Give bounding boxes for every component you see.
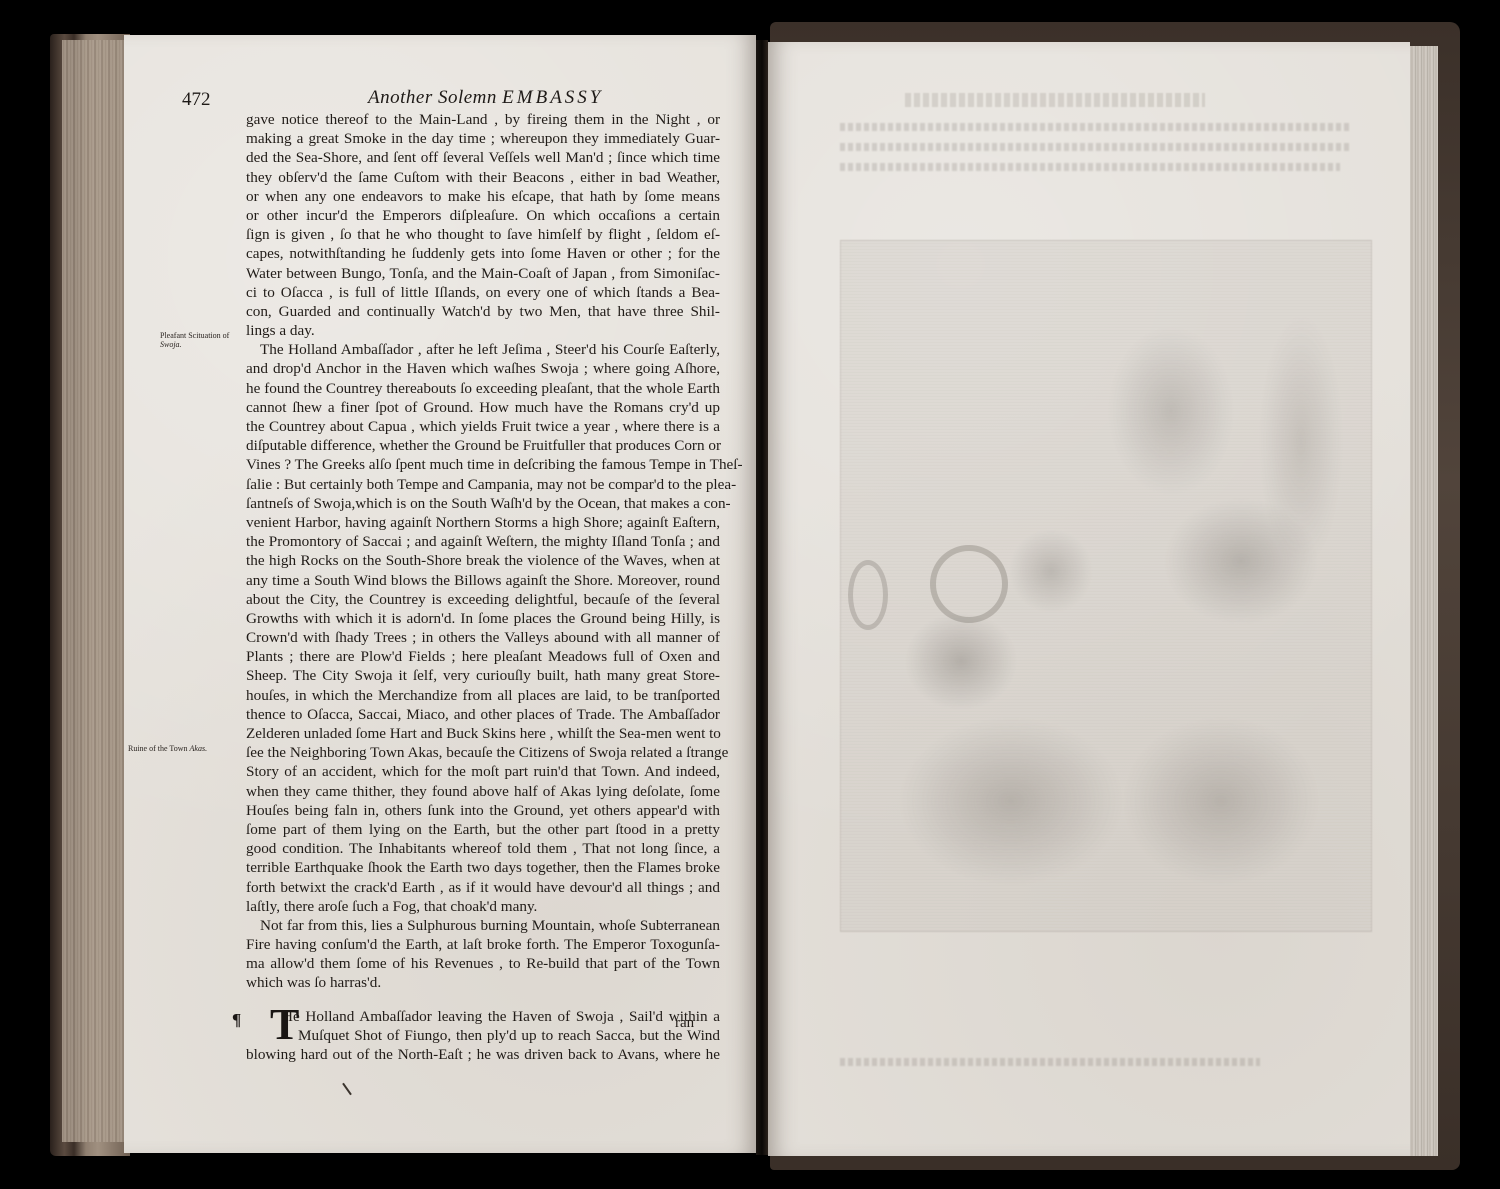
text-line: Story of an accident, which for the moſt… xyxy=(246,762,720,781)
body-text: gave notice thereof to the Main-Land , b… xyxy=(246,110,720,1065)
ghost-running-head xyxy=(905,93,1205,107)
text-line: ma allow'd them ſome of his Revenues , t… xyxy=(246,954,720,973)
text-line: houſes, in which the Merchandize from al… xyxy=(246,686,720,705)
ghost-text-line xyxy=(840,163,1340,171)
page-edges-left xyxy=(62,40,130,1142)
ghost-text-line xyxy=(840,1058,1260,1066)
text-line: about the City, the Countrey is exceedin… xyxy=(246,590,720,609)
text-line: ſalie : But certainly both Tempe and Cam… xyxy=(246,475,720,494)
margin-note-swoja: Pleafant Scituation of Swoja. xyxy=(160,331,229,349)
text-line: cannot ſhew a finer ſpot of Ground. How … xyxy=(246,398,720,417)
text-line: ci to Oſacca , is full of little Iſlands… xyxy=(246,283,720,302)
text-line: Crown'd with ſhady Trees ; in others the… xyxy=(246,628,720,647)
text-line: diſputable difference, whether the Groun… xyxy=(246,436,720,455)
page-number: 472 xyxy=(182,89,211,111)
running-head-title: Another Solemn EMBASSY xyxy=(368,87,603,109)
text-line: the Promontory of Saccai ; and againſt W… xyxy=(246,532,720,551)
text-line: or other incur'd the Emperors diſpleaſur… xyxy=(246,206,720,225)
text-line: Zelderen unladed ſome Hart and Buck Skin… xyxy=(246,724,720,743)
text-line: laſtly, there aroſe ſuch a Fog, that cho… xyxy=(246,897,720,916)
text-line: He Holland Ambaſſador leaving the Haven … xyxy=(282,1007,720,1026)
text-line: Fire having conſum'd the Earth, at laſt … xyxy=(246,935,720,954)
text-line: Growths with which it is adorn'd. In ſom… xyxy=(246,609,720,628)
text-line: making a great Smoke in the day time ; w… xyxy=(246,129,720,148)
engraving-cart-wheel xyxy=(930,545,1008,623)
drop-cap-letter: T xyxy=(270,1005,299,1045)
page-edges-right xyxy=(1410,46,1438,1156)
text-line: thence to Oſacca, Saccai, Miaco, and oth… xyxy=(246,705,720,724)
text-line: venient Harbor, having againſt Northern … xyxy=(246,513,720,532)
pilcrow-mark: ¶ xyxy=(232,1010,241,1029)
text-line: or when any one endeavors to make his eſ… xyxy=(246,187,720,206)
running-head: 472 Another Solemn EMBASSY xyxy=(175,87,735,111)
text-line: Plants ; there are Plow'd Fields ; here … xyxy=(246,647,720,666)
text-line: capes, notwithſtanding he ſuddenly gets … xyxy=(246,244,720,263)
text-line: blowing hard out of the North-Eaſt ; he … xyxy=(246,1045,720,1064)
text-line: terrible Earthquake ſhook the Earth two … xyxy=(246,858,720,877)
text-line: they obſerv'd the ſame Cuſtom with their… xyxy=(246,168,720,187)
text-line: the high Rocks on the South-Shore break … xyxy=(246,551,720,570)
text-line: he found the Countrey thereabouts ſo exc… xyxy=(246,379,720,398)
text-line: ded the Sea-Shore, and ſent off ſeveral … xyxy=(246,148,720,167)
text-line: lings a day. xyxy=(246,321,720,340)
text-line: forth betwixt the crack'd Earth , as if … xyxy=(246,878,720,897)
margin-note-akas: Ruine of the Town Akas. xyxy=(128,744,207,753)
text-line: ſome part of them lying on the Earth, bu… xyxy=(246,820,720,839)
text-line: good condition. The Inhabitants whereof … xyxy=(246,839,720,858)
ghost-text-line xyxy=(840,143,1350,151)
final-paragraph: ¶ T He Holland Ambaſſador leaving the Ha… xyxy=(246,1007,720,1065)
text-line: Not far from this, lies a Sulphurous bur… xyxy=(246,916,720,935)
engraving-illustration xyxy=(840,240,1372,932)
text-line: ſantneſs of Swoja,which is on the South … xyxy=(246,494,720,513)
text-line: The Holland Ambaſſador , after he left J… xyxy=(246,340,720,359)
text-line: Sheep. The City Swoja it ſelf, very curi… xyxy=(246,666,720,685)
text-line: any time a South Wind blows the Billows … xyxy=(246,571,720,590)
text-line: Vines ? The Greeks alſo ſpent much time … xyxy=(246,455,720,474)
text-line: when they came thither, they found above… xyxy=(246,782,720,801)
text-line: Houſes being faln in, others ſunk into t… xyxy=(246,801,720,820)
engraving-wheel-left xyxy=(848,560,888,630)
catchword: ran xyxy=(675,1015,694,1032)
text-line: Water between Bungo, Tonſa, and the Main… xyxy=(246,264,720,283)
text-line: Muſquet Shot of Fiungo, then ply'd up to… xyxy=(298,1026,720,1045)
book-spine-left-edge xyxy=(50,34,130,1156)
text-line: ſee the Neighboring Town Akas, becauſe t… xyxy=(246,743,720,762)
text-line: gave notice thereof to the Main-Land , b… xyxy=(246,110,720,129)
text-line: and drop'd Anchor in the Haven which waſ… xyxy=(246,359,720,378)
book-gutter xyxy=(756,40,768,1155)
text-line: the Countrey about Capua , which yields … xyxy=(246,417,720,436)
text-line: con, Guarded and continually Watch'd by … xyxy=(246,302,720,321)
text-line: which was ſo harras'd. xyxy=(246,973,720,992)
ghost-text-line xyxy=(840,123,1350,131)
text-line: ſign is given , ſo that he who thought t… xyxy=(246,225,720,244)
